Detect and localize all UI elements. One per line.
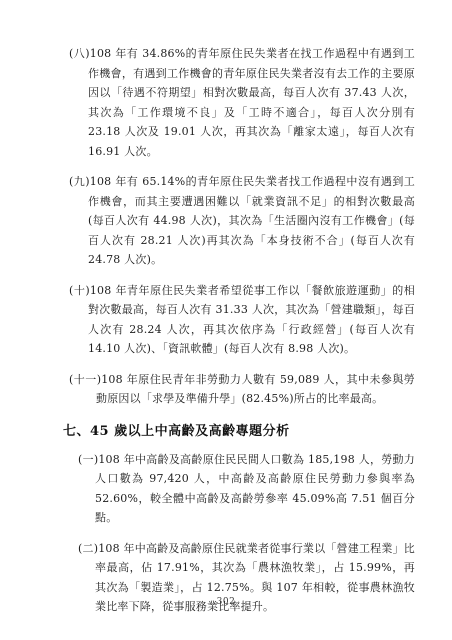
item-label: (一) [78,453,98,466]
list-item: (八)108 年有 34.86%的青年原住民失業者在找工作過程中有遇到工作機會，… [69,44,415,161]
item-label: (二) [78,542,98,555]
section-youth-items: (八)108 年有 34.86%的青年原住民失業者在找工作過程中有遇到工作機會，… [0,44,452,409]
item-text: 108 年原住民青年非勞動力人數有 59,089 人，其中未參與勞動原因以「求學… [96,373,415,406]
item-label: (十) [69,284,90,297]
list-item: (十一)108 年原住民青年非勞動力人數有 59,089 人，其中未參與勞動原因… [69,370,415,409]
item-text: 108 年中高齡及高齡原住民民間人口數為 185,198 人，勞動力人口數為 9… [95,453,415,525]
item-label: (十一) [69,373,101,386]
item-text: 108 年青年原住民失業者希望從事工作以「餐飲旅遊運動」的相對次數最高，每百人次… [88,284,415,356]
item-text: 108 年有 65.14%的青年原住民失業者找工作過程中沒有遇到工作機會，而其主… [88,175,415,266]
item-text: 108 年有 34.86%的青年原住民失業者在找工作過程中有遇到工作機會，有遇到… [88,47,415,158]
section-heading: 七、45 歲以上中高齡及高齡專題分析 [63,423,452,441]
item-label: (九) [69,175,90,188]
item-label: (八) [69,47,90,60]
list-item: (一)108 年中高齡及高齡原住民民間人口數為 185,198 人，勞動力人口數… [78,450,415,528]
list-item: (九)108 年有 65.14%的青年原住民失業者找工作過程中沒有遇到工作機會，… [69,172,415,270]
list-item: (十)108 年青年原住民失業者希望從事工作以「餐飲旅遊運動」的相對次數最高，每… [69,281,415,359]
page-number: 302 [0,597,452,607]
section-middle-aged-items: (一)108 年中高齡及高齡原住民民間人口數為 185,198 人，勞動力人口數… [0,450,452,617]
document-page: (八)108 年有 34.86%的青年原住民失業者在找工作過程中有遇到工作機會，… [0,0,452,640]
